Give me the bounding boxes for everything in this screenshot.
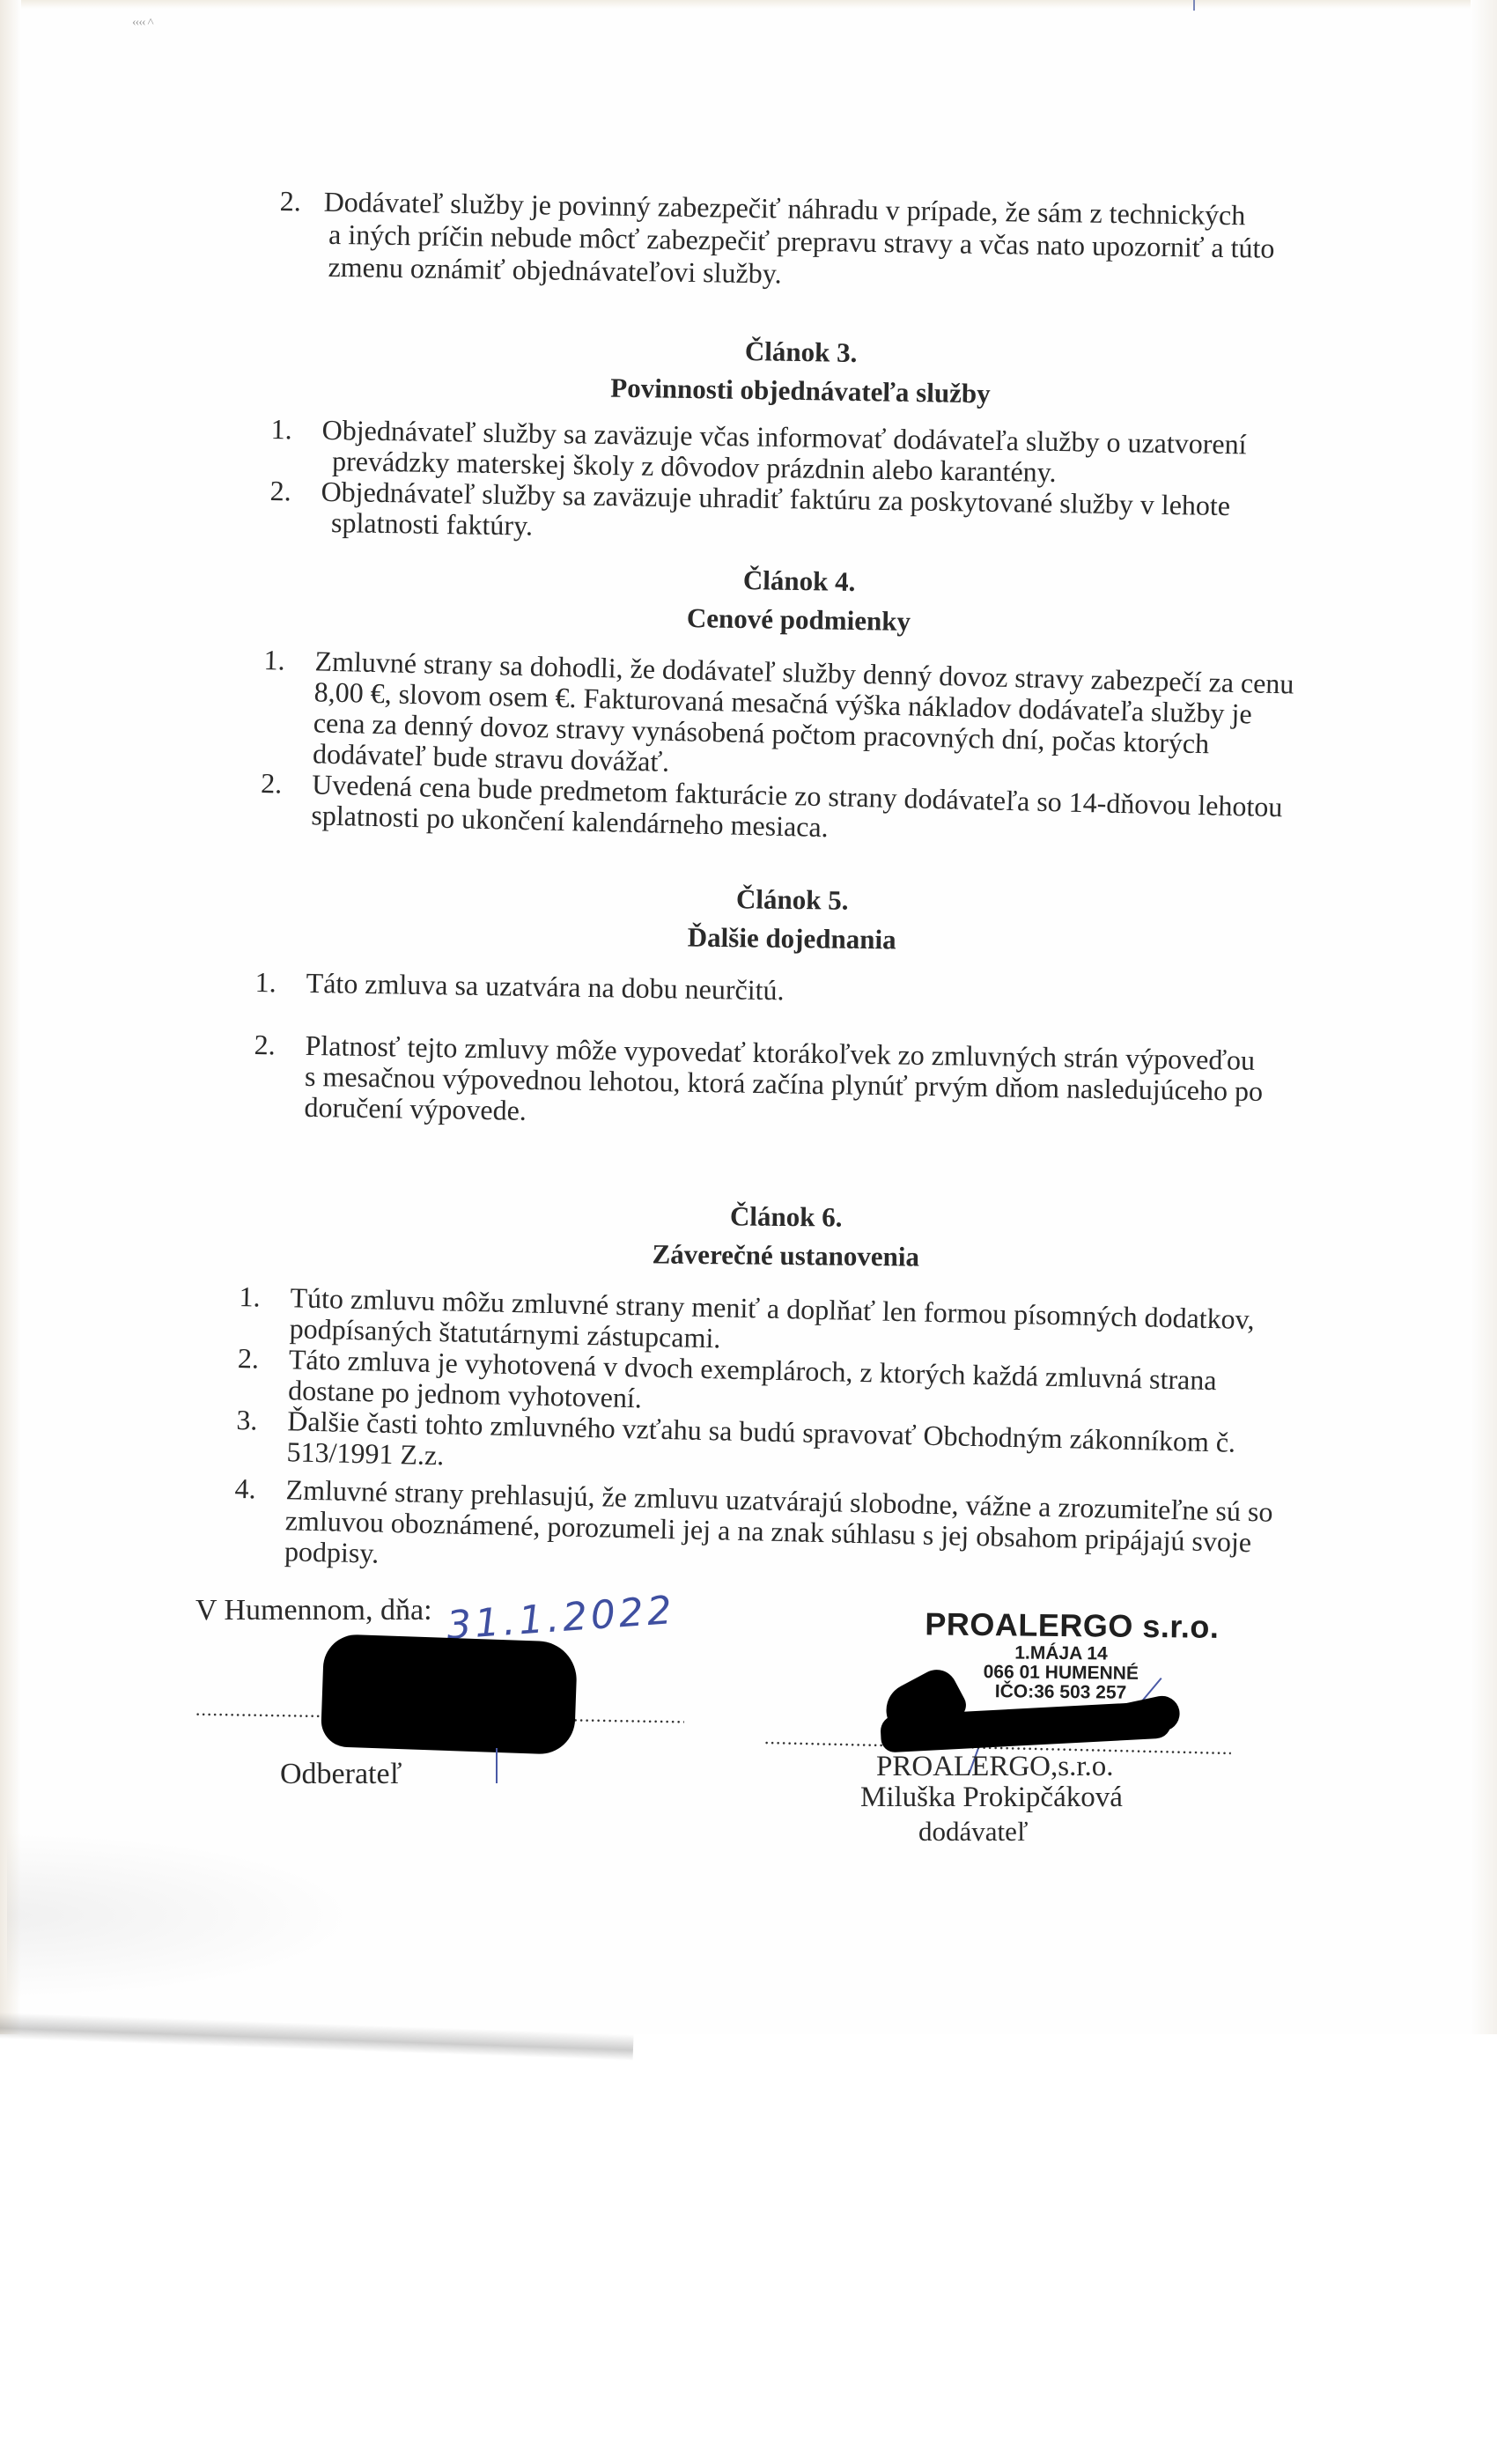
article-number: Článok 3. — [580, 329, 1021, 375]
supplier-person: Miluška Prokipčáková — [860, 1782, 1123, 1814]
article-6-items: 1. Túto zmluvu môžu zmluvné strany meniť… — [233, 1281, 1278, 1590]
article-title: Ďalšie dojednania — [572, 917, 1013, 961]
article-3-heading: Článok 3. Povinnosti objednávateľa služb… — [580, 329, 1021, 414]
item-number: 2. — [279, 185, 301, 218]
scan-edge-top — [0, 0, 1497, 9]
article-5-items: 1. Táto zmluva sa uzatvára na dobu neurč… — [253, 967, 1265, 1138]
pen-mark — [1193, 0, 1195, 11]
customer-label: Odberateľ — [280, 1758, 402, 1791]
article-5-heading: Článok 5. Ďalšie dojednania — [572, 878, 1013, 961]
article-3-items: 1. Objednávateľ služby sa zaväzuje včas … — [269, 414, 1247, 552]
supplier-role: dodávateľ — [918, 1816, 1028, 1848]
list-item: 4. Zmluvné strany prehlasujú, že zmluvu … — [233, 1473, 1273, 1590]
scan-edge-right — [1471, 0, 1497, 2034]
article-number: Článok 5. — [572, 878, 1013, 922]
article-4-heading: Článok 4. Cenové podmienky — [579, 558, 1020, 643]
scan-shadow — [7, 1832, 359, 1999]
item-number: 2. — [254, 1029, 276, 1060]
article-6-heading: Článok 6. Záverečné ustanovenia — [565, 1195, 1007, 1277]
article-4-items: 1. Zmluvné strany sa dohodli, že dodávat… — [260, 645, 1294, 854]
item-number: 1. — [270, 414, 292, 445]
place-date-label: V Humennom, dňa: — [195, 1594, 432, 1627]
item-number: 2. — [238, 1343, 260, 1375]
item-number: 2. — [261, 768, 283, 800]
stamp-company: PROALERGO s.r.o. — [925, 1605, 1198, 1645]
customer-signature-redaction — [321, 1634, 578, 1755]
supplier-company: PROALERGO,s.r.o. — [876, 1751, 1114, 1783]
page-fold-shadow — [0, 2012, 634, 2061]
article-number: Článok 6. — [566, 1195, 1007, 1238]
list-item: 2. Platnosť tejto zmluvy môže vypovedať … — [253, 1029, 1264, 1138]
article-number: Článok 4. — [579, 558, 1020, 604]
article-title: Záverečné ustanovenia — [565, 1234, 1006, 1277]
company-stamp: PROALERGO s.r.o. 1.MÁJA 14 066 01 HUMENN… — [924, 1605, 1198, 1703]
customer-pen-stroke — [496, 1748, 498, 1783]
item-number: 1. — [239, 1281, 261, 1313]
scan-edge-left — [0, 0, 21, 2034]
item-number: 3. — [236, 1405, 258, 1436]
intro-item: 2. Dodávateľ služby je povinný zabezpeči… — [278, 185, 1275, 298]
item-number: 1. — [254, 967, 277, 998]
list-item: 1. Táto zmluva sa uzatvára na dobu neurč… — [254, 967, 1265, 1014]
scanned-page: ‹‹‹‹ ˄ 2. Dodávateľ služby je povinný za… — [0, 0, 1497, 2034]
article-title: Povinnosti objednávateľa služby — [580, 368, 1021, 414]
item-number: 4. — [234, 1473, 256, 1505]
article-title: Cenové podmienky — [579, 597, 1020, 643]
item-line: Táto zmluva sa uzatvára na dobu neurčitú… — [306, 968, 1265, 1014]
scan-artifact: ‹‹‹‹ ˄ — [132, 16, 153, 30]
stamp-street: 1.MÁJA 14 — [925, 1642, 1198, 1664]
item-number: 1. — [263, 645, 285, 676]
item-number: 2. — [269, 476, 291, 506]
list-item: 2. Objednávateľ služby sa zaväzuje uhrad… — [269, 476, 1246, 552]
